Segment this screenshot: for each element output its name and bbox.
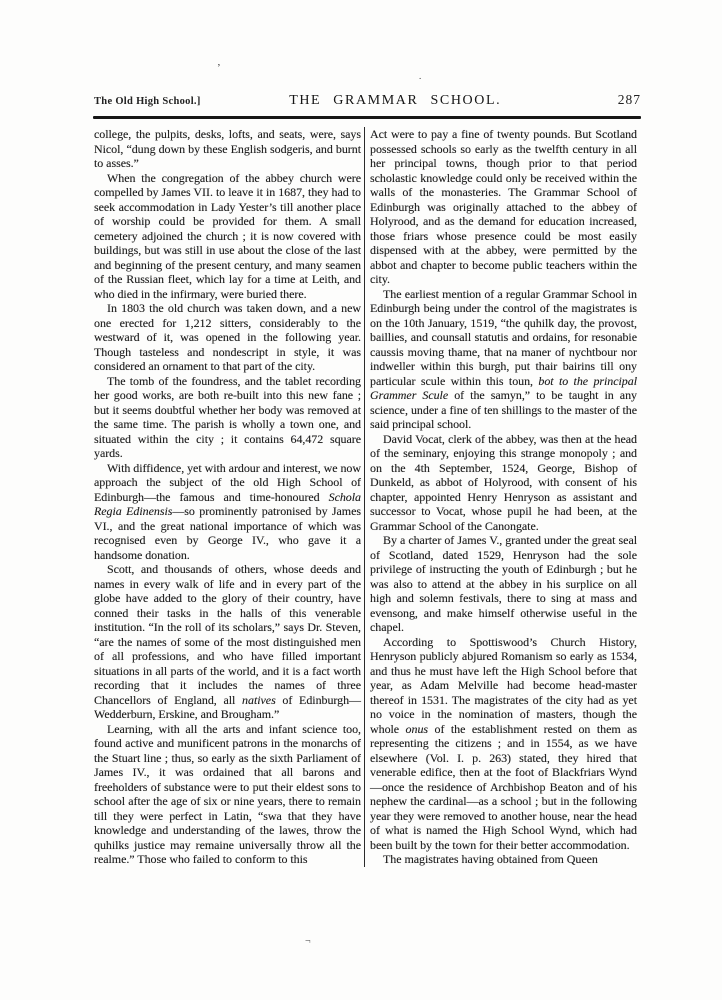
running-head: The Old High School.] THE GRAMMAR SCHOOL… [94,92,641,110]
paragraph: The tomb of the foundress, and the table… [94,374,361,461]
paragraph: In 1803 the old church was taken down, a… [94,301,361,374]
right-column: Act were to pay a fine of twenty pounds.… [370,127,637,867]
paragraph: The earliest mention of a regular Gramma… [370,287,637,432]
left-column: college, the pulpits, desks, lofts, and … [94,127,361,867]
running-head-section-note: The Old High School.] [94,96,201,107]
paragraph: The magistrates having obtained from Que… [370,852,637,867]
paragraph: college, the pulpits, desks, lofts, and … [94,127,361,171]
book-page: The Old High School.] THE GRAMMAR SCHOOL… [0,0,722,1000]
page-title: THE GRAMMAR SCHOOL. [289,93,501,109]
paragraph: Act were to pay a fine of twenty pounds.… [370,127,637,287]
paragraph: Learning, with all the arts and infant s… [94,722,361,867]
scan-artifact: ’ [217,64,221,73]
header-rule [93,116,641,119]
text-columns: college, the pulpits, desks, lofts, and … [94,127,642,867]
scan-artifact: . [419,72,421,81]
paragraph: By a charter of James V., granted under … [370,533,637,635]
paragraph: When the congregation of the abbey churc… [94,171,361,302]
paragraph: Scott, and thousands of others, whose de… [94,562,361,722]
paragraph: David Vocat, clerk of the abbey, was the… [370,432,637,534]
scan-artifact: ¬ [305,937,311,946]
column-divider-rule [364,127,365,867]
paragraph: With diffidence, yet with ardour and int… [94,461,361,563]
paragraph: According to Spottiswood’s Church Histor… [370,635,637,853]
page-number: 287 [618,92,641,108]
